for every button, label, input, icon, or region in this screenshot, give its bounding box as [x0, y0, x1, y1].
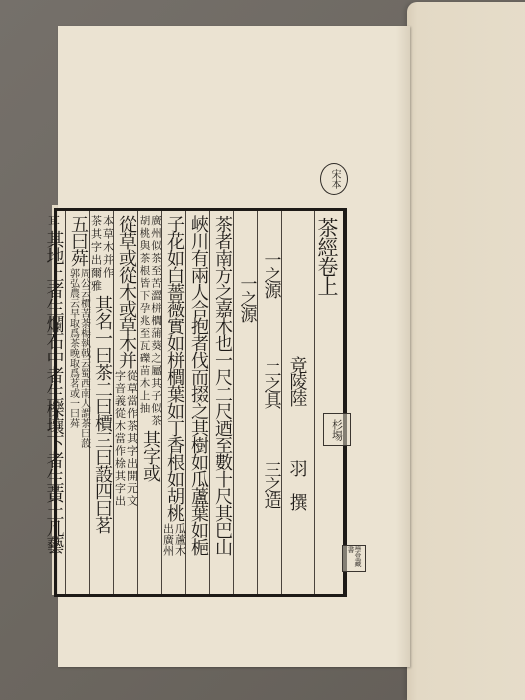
- contents-item-1: 一之源: [262, 251, 279, 298]
- main-text: 其字或: [141, 430, 159, 481]
- note-left: 郭弘農云早取爲茶晚取爲茗或一曰荈: [68, 268, 78, 448]
- volume-title: 茶經卷上: [316, 217, 337, 295]
- printed-text-frame: 茶經卷上 竟陵陸 羽 撰 一之源 二之具 三之造 一之源 茶者南: [54, 208, 347, 597]
- main-text: 茶者南方之嘉木也一尺二尺迺至數十尺其巴山: [213, 215, 231, 555]
- text-column-8: 耳 其地上者生爛石中者生櫟壤下者生黃土凡藝: [41, 211, 66, 594]
- text-column-1: 茶者南方之嘉木也一尺二尺迺至數十尺其巴山: [209, 211, 234, 594]
- annotation-note: 廣州似茶至苦澀栟櫚蒲葵之屬其子似茶 胡桃與茶根皆下孕兆至瓦礫苗木上抽: [139, 215, 161, 428]
- note-right: 瓜蘆木: [175, 523, 186, 556]
- note-right: 廣州似茶至苦澀栟櫚蒲葵之屬其子似茶: [151, 215, 162, 428]
- text-column-3: 子花如白薔薇實如栟櫚葉如丁香根如胡桃 瓜蘆木 出廣州: [161, 211, 186, 594]
- contents-item-3: 三之造: [262, 461, 279, 508]
- text-column-5: 從草或從木或草木并 從草當作茶其字出開元文 字音義從木當作梌其字出: [113, 211, 138, 594]
- annotation-note: 本草木并作 茶其字出爾雅: [91, 215, 114, 293]
- text-column-6: 本草木并作 茶其字出爾雅 其名一曰茶二曰檟三曰蔎四曰茗: [89, 211, 114, 594]
- note-right: 周公云檟苦荼楊執戟云蜀西南人謂茶曰蔎: [79, 268, 89, 448]
- seal-upper-text: 杉埸: [332, 419, 343, 441]
- text-column-7: 五曰荈 周公云檟苦荼楊執戟云蜀西南人謂茶曰蔎 郭弘農云早取爲茶晚取爲茗或一曰荈: [65, 211, 90, 594]
- title-column: 茶經卷上: [310, 211, 343, 594]
- main-text: 子花如白薔薇實如栟櫚葉如丁香根如胡桃: [165, 215, 183, 521]
- note-left: 茶其字出爾雅: [91, 215, 102, 293]
- note-top: 耳: [48, 215, 60, 227]
- main-text: 峽川有兩人合抱者伐而掇之其樹如瓜蘆葉如梔: [189, 215, 207, 555]
- text-column-4: 廣州似茶至苦澀栟櫚蒲葵之屬其子似茶 胡桃與茶根皆下孕兆至瓦礫苗木上抽 其字或: [137, 211, 162, 594]
- note-right: 從草當作茶其字出開元文: [127, 370, 138, 508]
- section-heading-column: 一之源: [233, 211, 258, 594]
- annotation-note: 從草當作茶其字出開元文 字音義從木當作梌其字出: [115, 370, 138, 508]
- contents-item-2: 二之具: [262, 361, 279, 408]
- text-column-2: 峽川有兩人合抱者伐而掇之其樹如瓜蘆葉如梔: [185, 211, 210, 594]
- contents-column: 一之源 二之具 三之造: [257, 211, 282, 594]
- main-text: 五曰荈: [69, 215, 87, 266]
- square-seal-upper: 杉埸: [323, 413, 351, 446]
- next-page-leaf: [407, 2, 525, 700]
- note-left: 字音義從木當作梌其字出: [115, 370, 126, 508]
- note-left: 胡桃與茶根皆下孕兆至瓦礫苗木上抽: [139, 215, 150, 428]
- note-right: 本草木并作: [103, 215, 114, 293]
- annotation-note: 瓜蘆木 出廣州: [163, 523, 186, 556]
- square-seal-lower: 學堂藏書: [342, 545, 366, 572]
- section-heading: 一之源: [238, 275, 255, 322]
- main-text: 從草或從木或草木并: [117, 215, 135, 368]
- seal-lower-text: 學堂藏書: [347, 546, 361, 571]
- author-column: 竟陵陸 羽 撰: [281, 211, 311, 594]
- note-left: 出廣州: [163, 523, 174, 556]
- author-verb: 撰: [288, 493, 306, 510]
- main-text: 其名一曰茶二曰檟三曰蔎四曰茗: [93, 295, 111, 533]
- annotation-note: 周公云檟苦荼楊執戟云蜀西南人謂茶曰蔎 郭弘農云早取爲茶晚取爲茗或一曰荈: [68, 268, 89, 448]
- author-name: 羽: [288, 459, 306, 476]
- author-place: 竟陵陸: [288, 356, 306, 406]
- main-text: 其地上者生爛石中者生櫟壤下者生黃土凡藝: [45, 230, 63, 553]
- round-seal-text: 宋本: [329, 169, 339, 189]
- round-seal-stamp: 宋本: [320, 163, 348, 195]
